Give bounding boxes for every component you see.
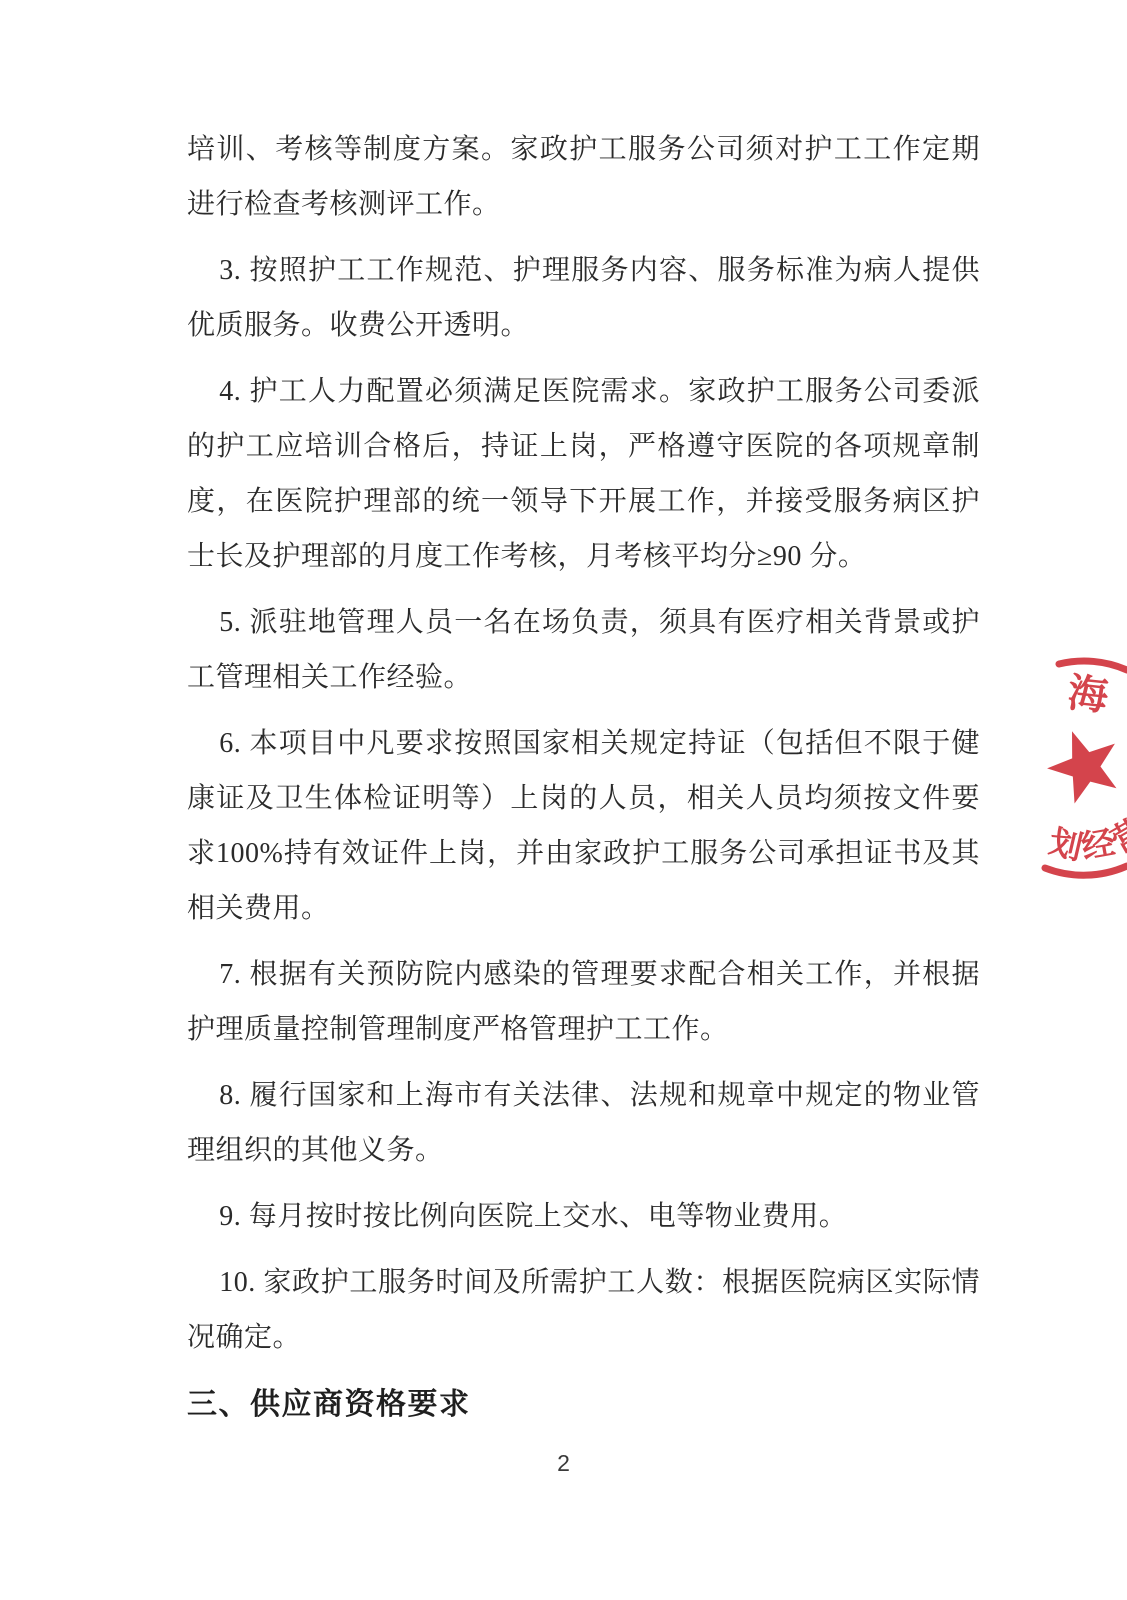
seal-char-top: 海: [1066, 670, 1110, 719]
paragraph: 10. 家政护工服务时间及所需护工人数：根据医院病区实际情况确定。: [187, 1255, 980, 1365]
seal-star-icon: [1038, 719, 1127, 808]
document-body: 培训、考核等制度方案。家政护工服务公司须对护工工作定期进行检查考核测评工作。 3…: [187, 122, 980, 1432]
seal-char-bottom: 经: [1079, 824, 1118, 866]
section-heading: 三、供应商资格要求: [187, 1377, 980, 1432]
paragraph: 5. 派驻地管理人员一名在场负责，须具有医疗相关背景或护工管理相关工作经验。: [187, 595, 980, 705]
paragraph: 6. 本项目中凡要求按照国家相关规定持证（包括但不限于健康证及卫生体检证明等）上…: [187, 716, 980, 936]
paragraph: 8. 履行国家和上海市有关法律、法规和规章中规定的物业管理组织的其他义务。: [187, 1068, 980, 1178]
page-number: 2: [0, 1450, 1127, 1477]
seal-bottom-arc: [1045, 866, 1127, 875]
paragraph: 3. 按照护工工作规范、护理服务内容、服务标准为病人提供优质服务。收费公开透明。: [187, 243, 980, 353]
paragraph: 7. 根据有关预防院内感染的管理要求配合相关工作，并根据护理质量控制管理制度严格…: [187, 947, 980, 1057]
official-seal-stamp: 海 划 经 营: [1037, 628, 1127, 896]
paragraph: 9. 每月按时按比例向医院上交水、电等物业费用。: [187, 1189, 980, 1244]
seal-char-bottom: 划: [1045, 824, 1085, 867]
seal-top-arc: [1059, 661, 1127, 670]
scanned-document-page: 培训、考核等制度方案。家政护工服务公司须对护工工作定期进行检查考核测评工作。 3…: [0, 0, 1127, 1600]
paragraph: 4. 护工人力配置必须满足医院需求。家政护工服务公司委派的护工应培训合格后，持证…: [187, 364, 980, 584]
official-seal: 海 划 经 营: [1037, 628, 1127, 896]
paragraph: 培训、考核等制度方案。家政护工服务公司须对护工工作定期进行检查考核测评工作。: [187, 122, 980, 232]
seal-char-bottom: 营: [1105, 812, 1127, 861]
